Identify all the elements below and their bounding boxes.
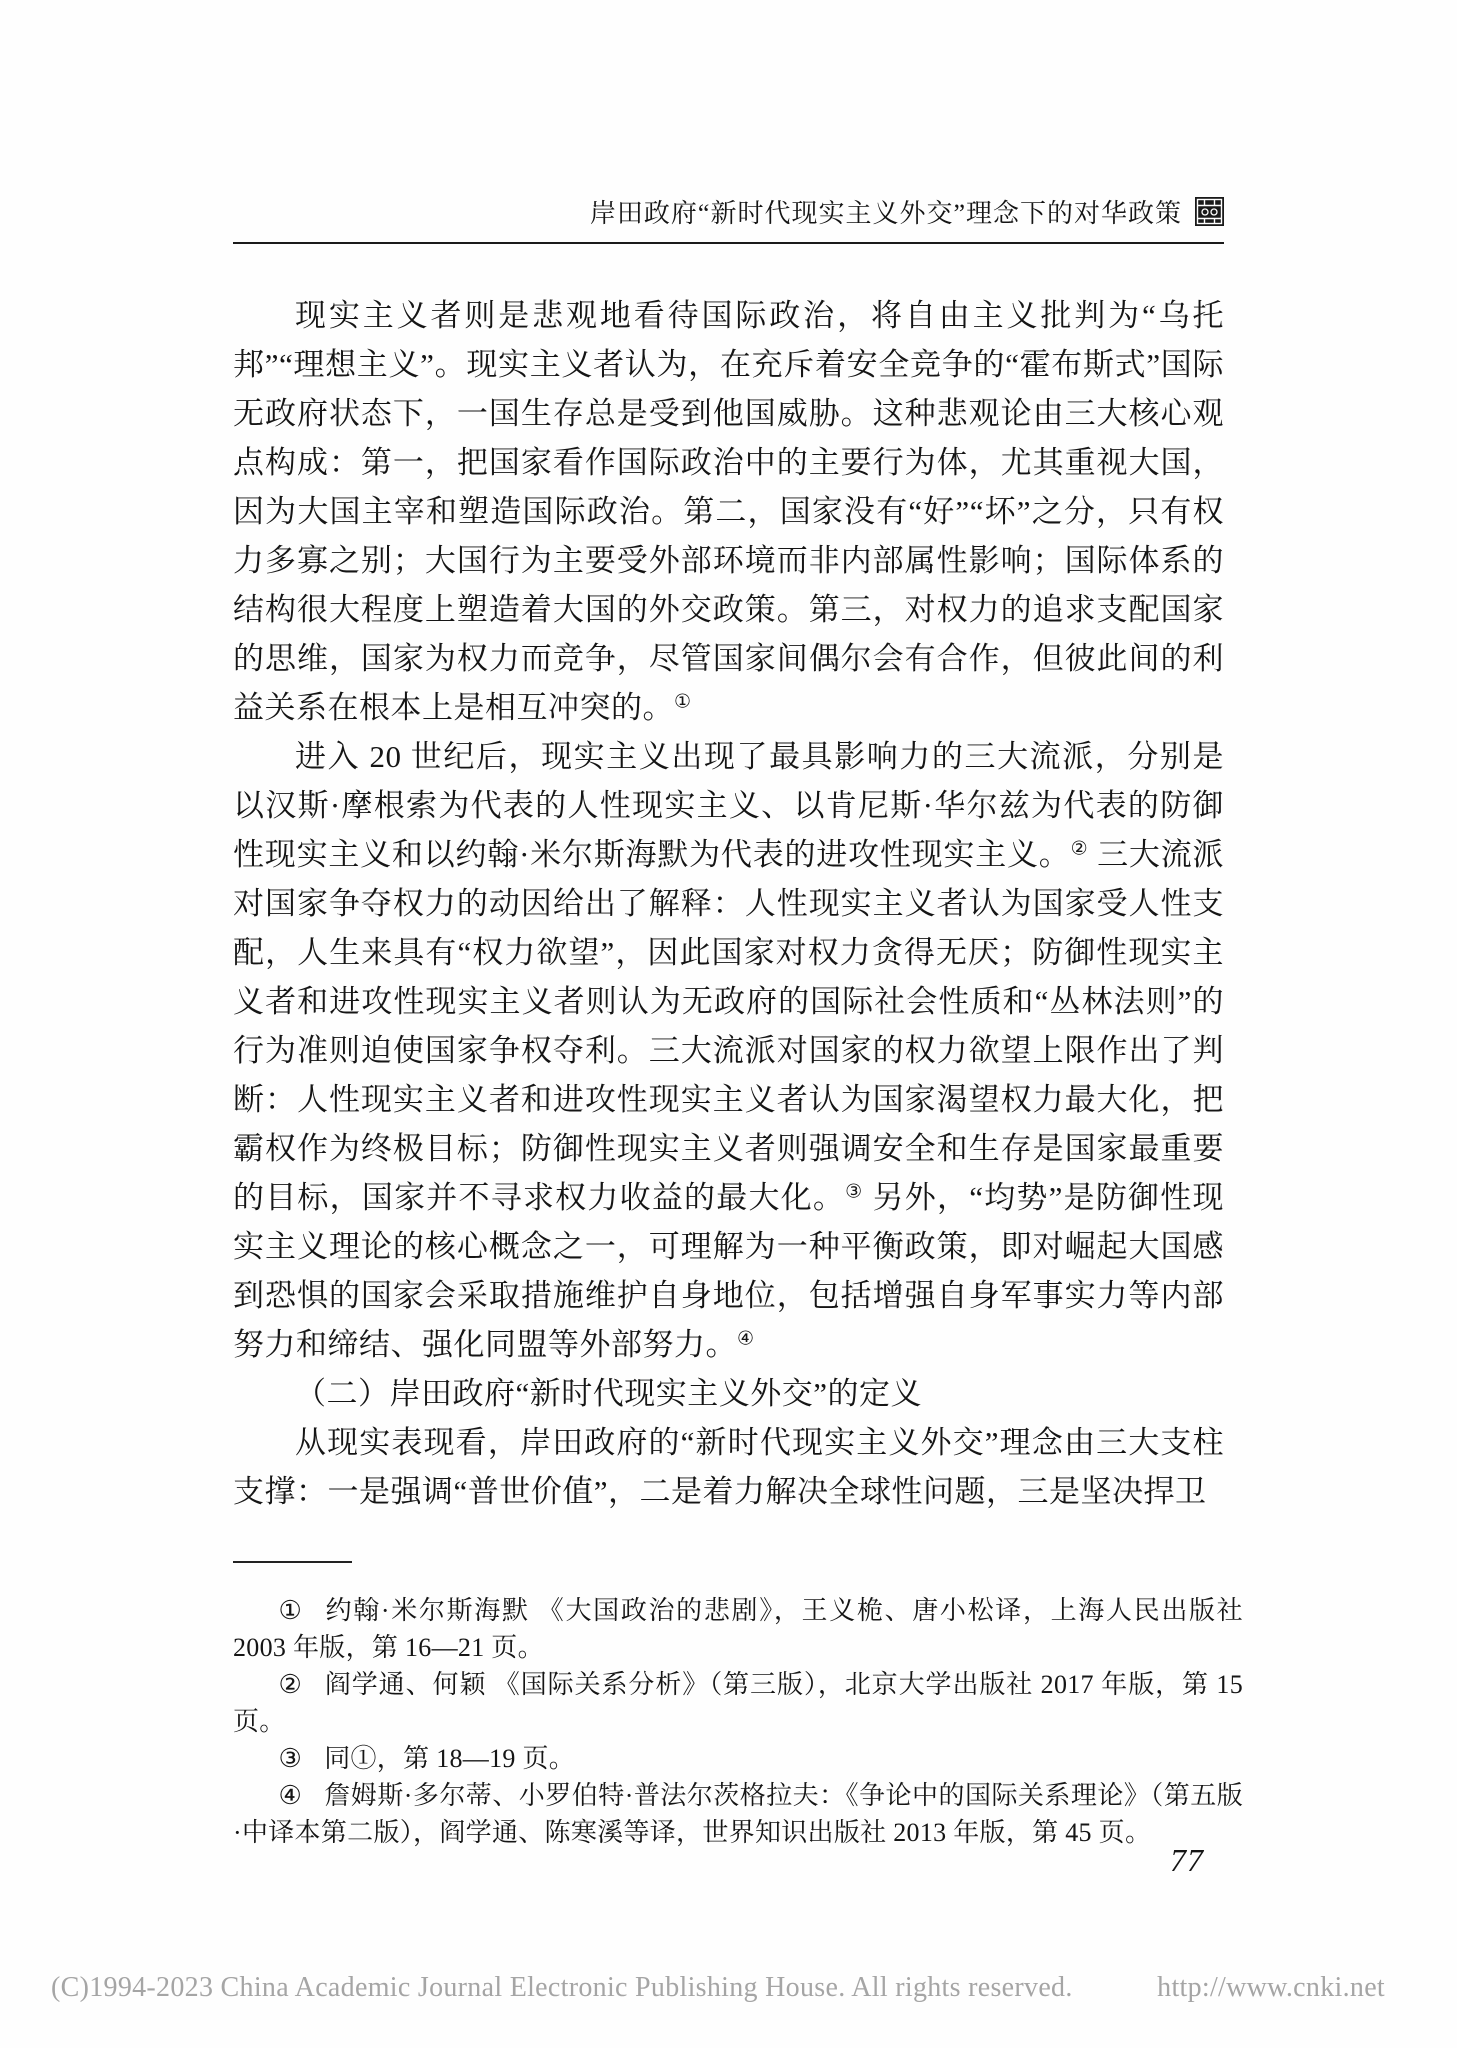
footnote-ref: ④: [737, 1328, 755, 1349]
article-body: 现实主义者则是悲观地看待国际政治，将自由主义批判为“乌托邦”“理想主义”。现实主…: [233, 291, 1224, 1516]
document-page: 岸田政府“新时代现实主义外交”理念下的对华政策 现实主义者则是悲观地看待国际政治…: [0, 0, 1457, 2048]
ornament-seal-icon: [1195, 197, 1224, 226]
page-number: 77: [1170, 1842, 1204, 1879]
footnote: ④詹姆斯·多尔蒂、小罗伯特·普法尔茨格拉夫：《争论中的国际关系理论》（第五版·中…: [233, 1777, 1243, 1851]
footnote-ref: ③: [845, 1181, 863, 1202]
footnote-ref: ②: [1071, 838, 1089, 859]
footnote-marker: ②: [279, 1670, 303, 1699]
body-paragraph: 进入 20 世纪后，现实主义出现了最具影响力的三大流派，分别是以汉斯·摩根索为代…: [233, 732, 1224, 1369]
footnote: ③同①，第 18—19 页。: [233, 1740, 1243, 1777]
body-paragraph: 从现实表现看，岸田政府的“新时代现实主义外交”理念由三大支柱支撑：一是强调“普世…: [233, 1418, 1224, 1516]
running-head-title: 岸田政府“新时代现实主义外交”理念下的对华政策: [590, 193, 1182, 230]
page-footer: (C)1994-2023 China Academic Journal Elec…: [51, 1972, 1385, 2004]
running-head: 岸田政府“新时代现实主义外交”理念下的对华政策: [233, 188, 1224, 234]
section-heading: （二）岸田政府“新时代现实主义外交”的定义: [233, 1369, 1224, 1418]
copyright-notice: (C)1994-2023 China Academic Journal Elec…: [51, 1972, 1073, 2004]
footnote: ①约翰·米尔斯海默 《大国政治的悲剧》，王义桅、唐小松译，上海人民出版社 200…: [233, 1592, 1243, 1666]
footnote-separator: [233, 1561, 352, 1563]
footnote-marker: ③: [279, 1744, 303, 1773]
header-rule: [233, 242, 1224, 244]
footnote-ref: ①: [674, 691, 692, 712]
cnki-url[interactable]: http://www.cnki.net: [1157, 1972, 1385, 2004]
footnote: ②阎学通、何颖 《国际关系分析》（第三版），北京大学出版社 2017 年版，第 …: [233, 1666, 1243, 1740]
footnote-marker: ④: [279, 1781, 303, 1810]
footnote-marker: ①: [279, 1596, 304, 1625]
body-paragraph: 现实主义者则是悲观地看待国际政治，将自由主义批判为“乌托邦”“理想主义”。现实主…: [233, 291, 1224, 732]
footnotes: ①约翰·米尔斯海默 《大国政治的悲剧》，王义桅、唐小松译，上海人民出版社 200…: [233, 1592, 1243, 1851]
